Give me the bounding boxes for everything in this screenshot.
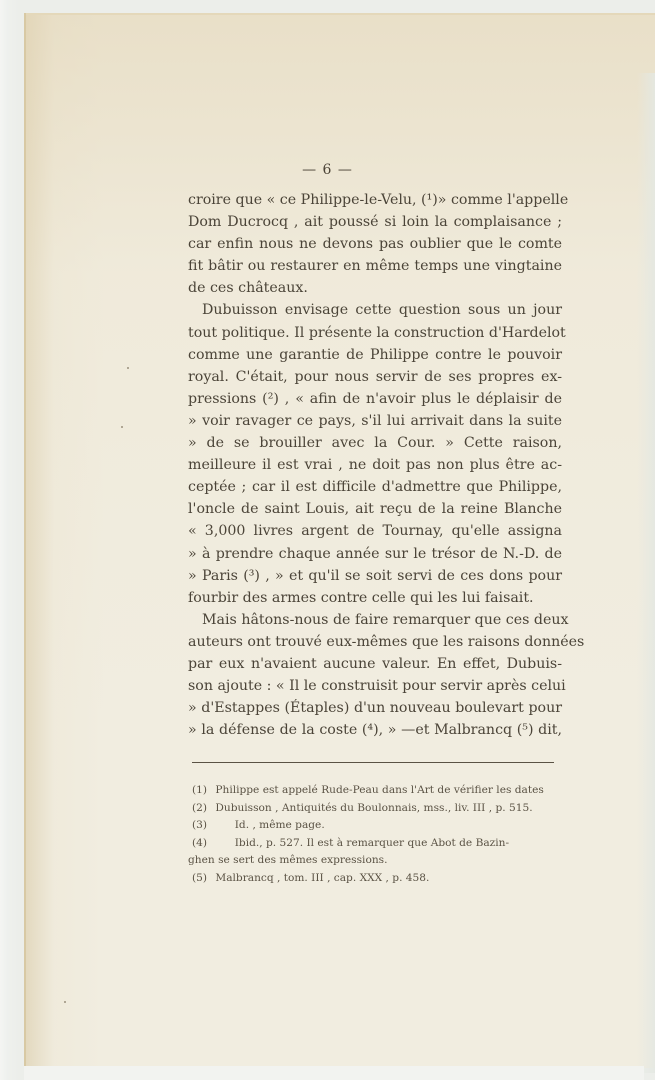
page-edge-shadow [637, 73, 655, 1073]
footnote-number: (3) [188, 817, 212, 835]
text-line: » de se brouiller avec la Cour. » Cette … [188, 432, 562, 454]
footnote-number: (2) [188, 800, 212, 818]
paragraph-1: croire que « ce Philippe-le-Velu, (¹)» c… [188, 189, 562, 299]
body-text: croire que « ce Philippe-le-Velu, (¹)» c… [188, 189, 562, 741]
text-line: Dom Ducrocq , ait poussé si loin la comp… [188, 211, 562, 233]
footnote-3: (3) Id. , même page. [188, 817, 560, 835]
text-line: » la défense de la coste (⁴), » —et Malb… [188, 719, 562, 741]
text-line: car enfin nous ne devons pas oublier que… [188, 233, 562, 255]
text-line: fit bâtir ou restaurer en même temps une… [188, 255, 562, 277]
footnote-text: Ibid., p. 527. Il est à remarquer que Ab… [235, 837, 509, 849]
text-line: Mais hâtons-nous de faire remarquer que … [188, 609, 562, 631]
text-line: croire que « ce Philippe-le-Velu, (¹)» c… [188, 189, 562, 211]
text-line: meilleure il est vrai , ne doit pas non … [188, 454, 562, 476]
footnote-text: Malbrancq , tom. III , cap. XXX , p. 458… [215, 872, 429, 884]
text-line: par eux n'avaient aucune valeur. En effe… [188, 653, 562, 675]
footnote-divider [192, 762, 554, 763]
text-line: » voir ravager ce pays, s'il lui arrivai… [188, 410, 562, 432]
paper-speck [64, 1001, 66, 1003]
text-line: comme une garantie de Philippe contre le… [188, 344, 562, 366]
paper-speck [121, 426, 123, 428]
paragraph-2: Dubuisson envisage cette question sous u… [188, 299, 562, 608]
footnote-1: (1) Philippe est appelé Rude-Peau dans l… [188, 782, 560, 800]
footnotes: (1) Philippe est appelé Rude-Peau dans l… [188, 782, 560, 888]
footnote-5: (5) Malbrancq , tom. III , cap. XXX , p.… [188, 870, 560, 888]
text-line: fourbir des armes contre celle qui les l… [188, 587, 562, 609]
text-line: son ajoute : « Il le construisit pour se… [188, 675, 562, 697]
footnote-number: (5) [188, 870, 212, 888]
text-line: tout politique. Il présente la construct… [188, 322, 562, 344]
text-line: ceptée ; car il est difficile d'admettre… [188, 476, 562, 498]
footnote-number: (1) [188, 782, 212, 800]
footnote-text: Dubuisson , Antiquités du Boulonnais, ms… [215, 802, 532, 814]
text-line: auteurs ont trouvé eux-mêmes que les rai… [188, 631, 562, 653]
text-line: Dubuisson envisage cette question sous u… [188, 299, 562, 321]
footnote-text: Id. , même page. [235, 819, 325, 831]
footnote-2: (2) Dubuisson , Antiquités du Boulonnais… [188, 800, 560, 818]
text-line: » Paris (³) , » et qu'il se soit servi d… [188, 565, 562, 587]
text-line: » à prendre chaque année sur le trésor d… [188, 543, 562, 565]
page-number: — 6 — [0, 162, 655, 178]
paragraph-3: Mais hâtons-nous de faire remarquer que … [188, 609, 562, 742]
paper-speck [127, 367, 129, 369]
text-line: l'oncle de saint Louis, ait reçu de la r… [188, 498, 562, 520]
scan-bottom-margin [24, 1066, 644, 1080]
text-line: » d'Estappes (Étaples) d'un nouveau boul… [188, 697, 562, 719]
footnote-number: (4) [188, 835, 212, 853]
text-line: royal. C'était, pour nous servir de ses … [188, 366, 562, 388]
footnote-text: Philippe est appelé Rude-Peau dans l'Art… [215, 784, 543, 796]
text-line: de ces châteaux. [188, 277, 562, 299]
text-line: pressions (²) , « afin de n'avoir plus l… [188, 388, 562, 410]
footnote-4-continuation: ghen se sert des mêmes expressions. [188, 852, 560, 870]
text-line: « 3,000 livres argent de Tournay, qu'ell… [188, 520, 562, 542]
footnote-4: (4) Ibid., p. 527. Il est à remarquer qu… [188, 835, 560, 853]
footnote-text: ghen se sert des mêmes expressions. [188, 854, 387, 866]
